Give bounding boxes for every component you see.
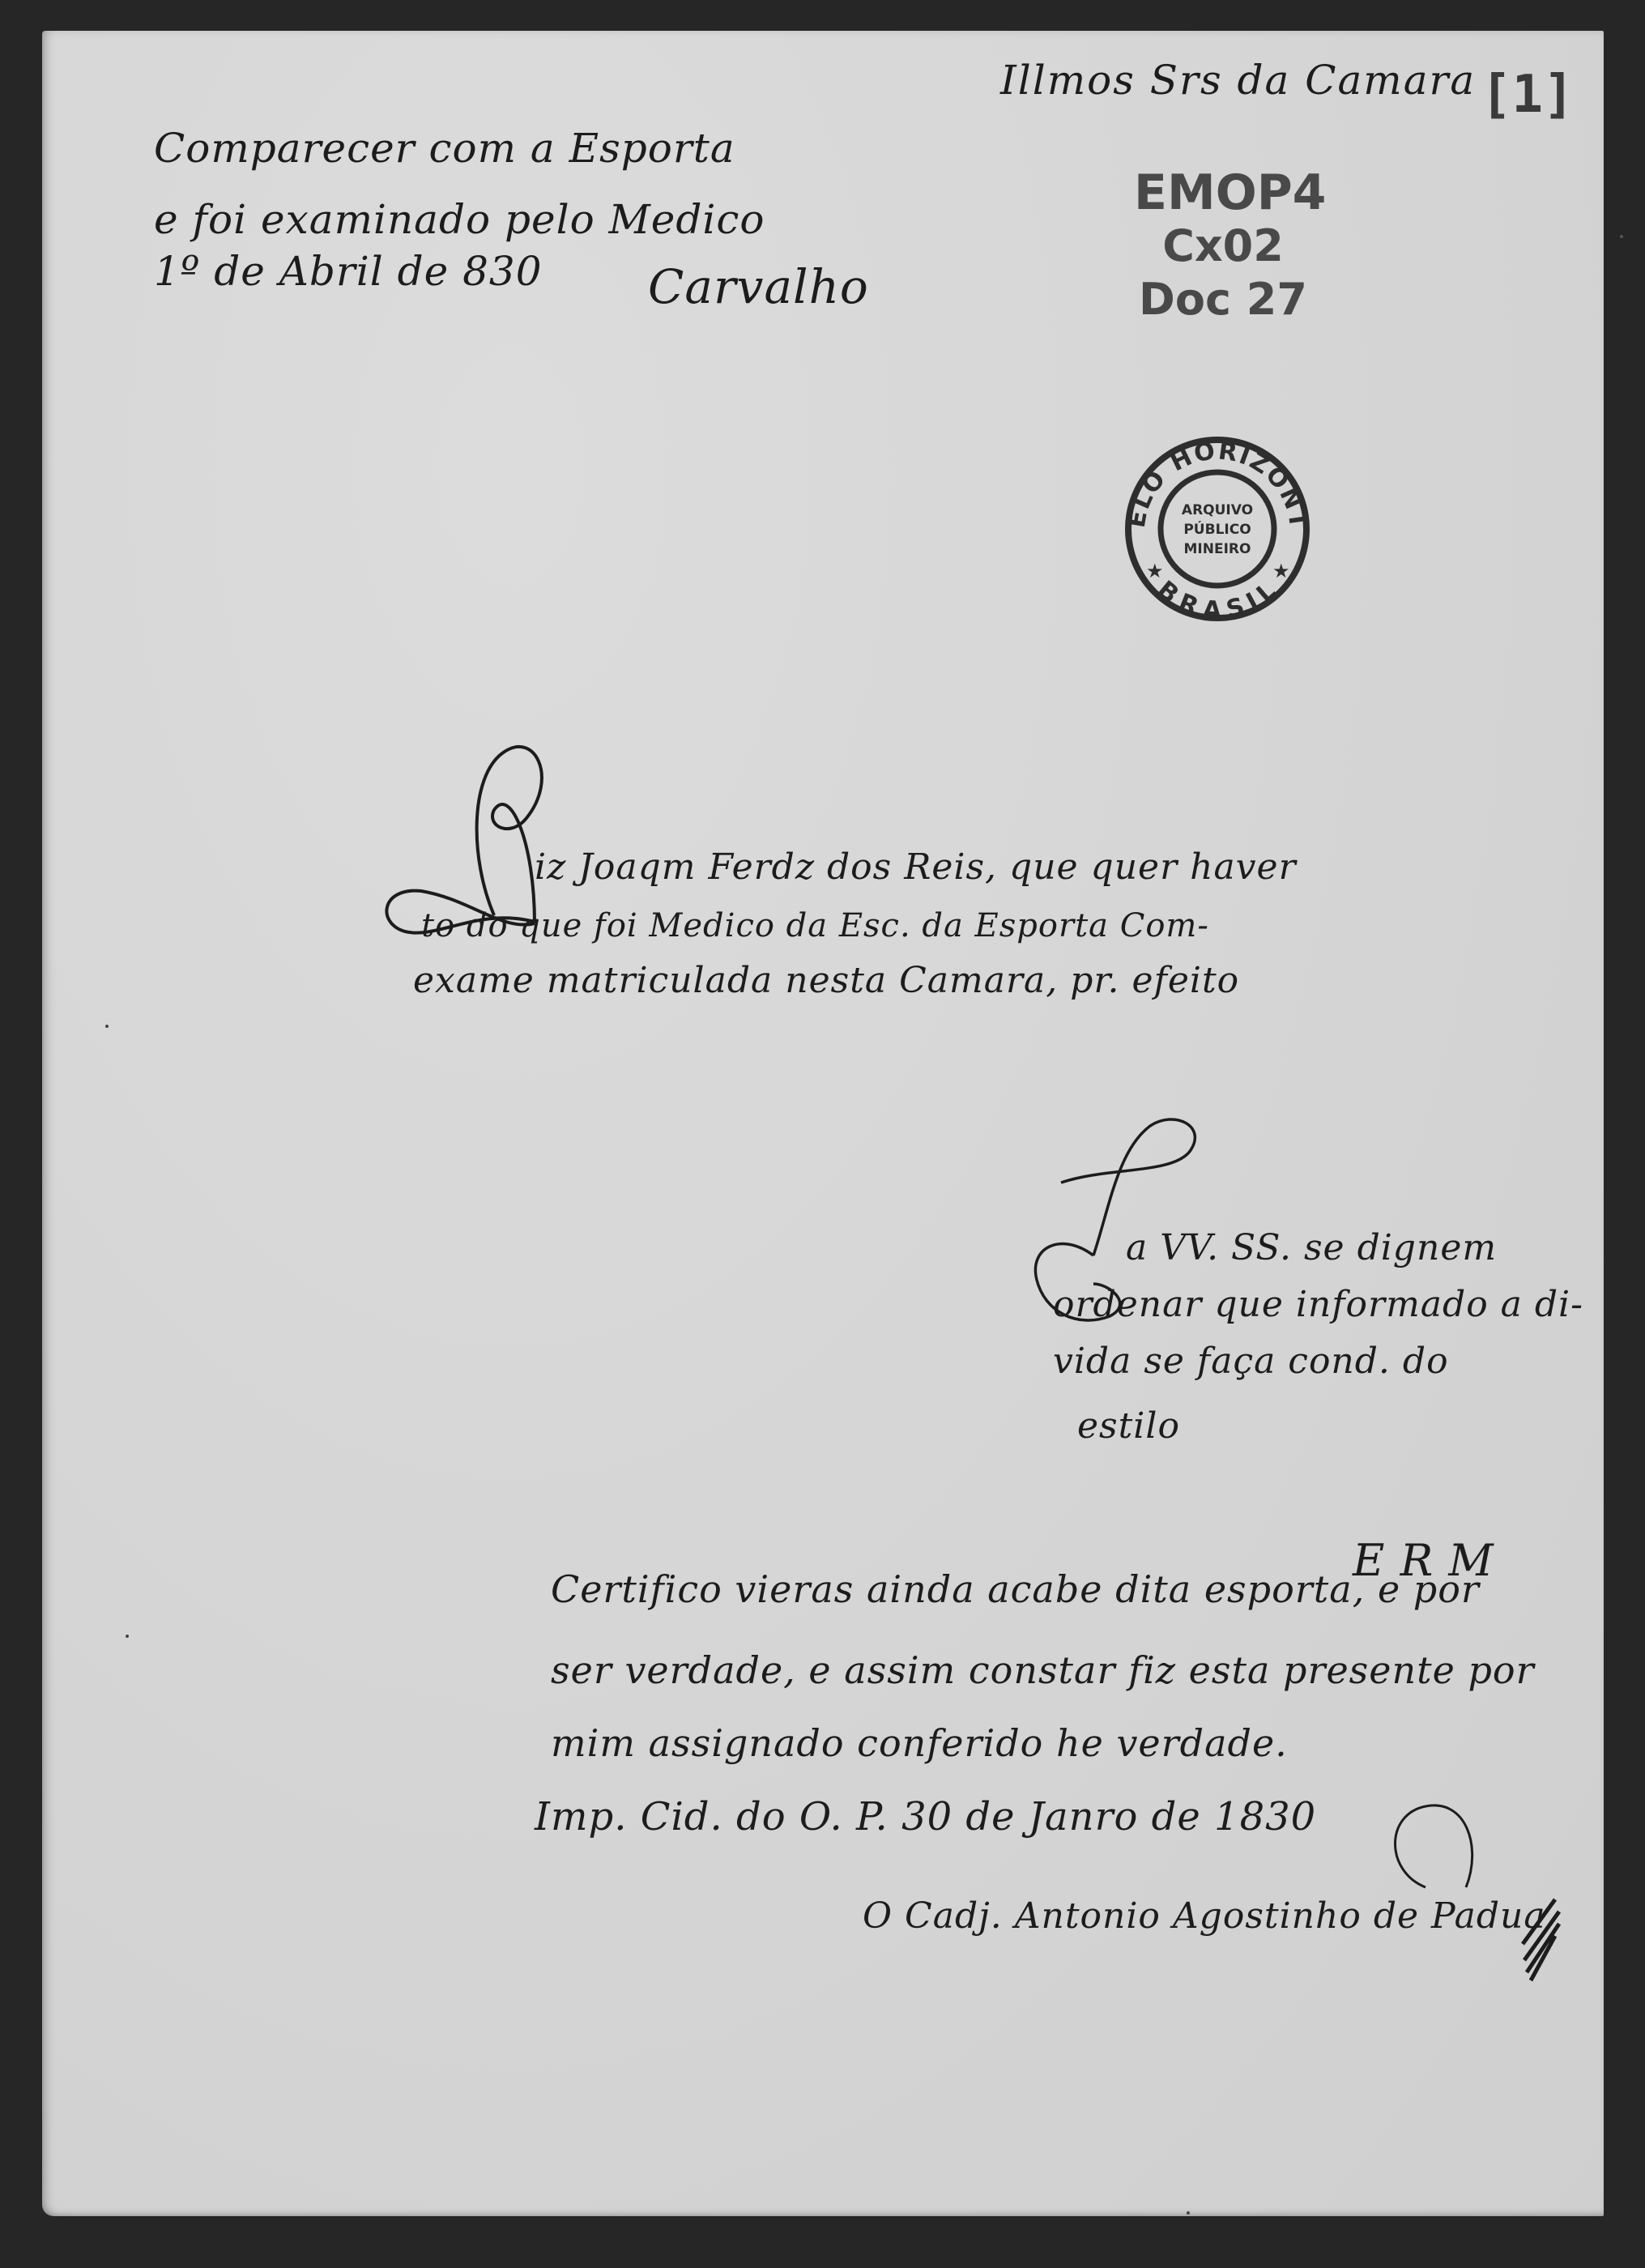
marginal-note-signature: Carvalho bbox=[648, 259, 869, 314]
certificate-date-line: Imp. Cid. do O. P. 30 de Janro de 1830 bbox=[535, 1794, 1316, 1840]
petition-line: to do que foi Medico da Esc. da Esporta … bbox=[421, 907, 1209, 944]
paper-speck bbox=[1187, 2211, 1190, 2215]
despacho-line: a VV. SS. se dignem bbox=[1126, 1227, 1497, 1268]
signature-scribble-icon bbox=[1515, 1895, 1563, 1985]
signature-flourish-icon bbox=[1377, 1798, 1490, 1895]
certificate-line: Certifico vieras ainda acabe dita esport… bbox=[551, 1567, 1480, 1611]
certificate-line: mim assignado conferido he verdade. bbox=[551, 1721, 1288, 1765]
stamp-inner-line: PÚBLICO bbox=[1183, 520, 1251, 538]
petition-line: exame matriculada nesta Camara, pr. efei… bbox=[413, 960, 1239, 1001]
paper-speck bbox=[126, 1635, 129, 1638]
despacho-line: estilo bbox=[1077, 1405, 1180, 1447]
stamp-inner-line: MINEIRO bbox=[1184, 541, 1251, 557]
star-icon: ★ bbox=[1146, 561, 1164, 582]
stamp-inner-line: ARQUIVO bbox=[1182, 502, 1253, 518]
paper-speck bbox=[105, 1025, 109, 1028]
archive-reference: EMOP4 Cx02 Doc 27 bbox=[1134, 166, 1312, 326]
stamp-bottom-text: BRASIL bbox=[1152, 575, 1284, 625]
despacho-line: ordenar que informado a di- bbox=[1053, 1284, 1583, 1325]
despacho-line: vida se faça cond. do bbox=[1053, 1341, 1449, 1382]
addressee-line: Illmos Srs da Camara bbox=[1000, 57, 1476, 104]
folio-number: [1] bbox=[1481, 65, 1575, 125]
archive-doc-code: Doc 27 bbox=[1134, 273, 1312, 326]
certificate-signature: O Cadj. Antonio Agostinho de Padua bbox=[863, 1895, 1546, 1937]
marginal-note-line: Comparecer com a Esporta bbox=[154, 122, 765, 175]
archive-stamp-icon: BELO HORIZONTE BRASIL ARQUIVO PÚBLICO MI… bbox=[1122, 433, 1313, 625]
marginal-note-line: e foi examinado pelo Medico bbox=[154, 193, 765, 246]
archive-box-code: Cx02 bbox=[1134, 220, 1312, 273]
star-icon: ★ bbox=[1272, 561, 1290, 582]
certificate-line: ser verdade, e assim constar fiz esta pr… bbox=[551, 1648, 1535, 1692]
svg-text:BRASIL: BRASIL bbox=[1152, 575, 1284, 625]
archive-fund-code: EMOP4 bbox=[1134, 166, 1312, 220]
petition-line: iz Joaqm Ferdz dos Reis, que quer haver bbox=[535, 846, 1297, 888]
paper-speck bbox=[1620, 235, 1623, 238]
manuscript-page bbox=[42, 31, 1604, 2216]
